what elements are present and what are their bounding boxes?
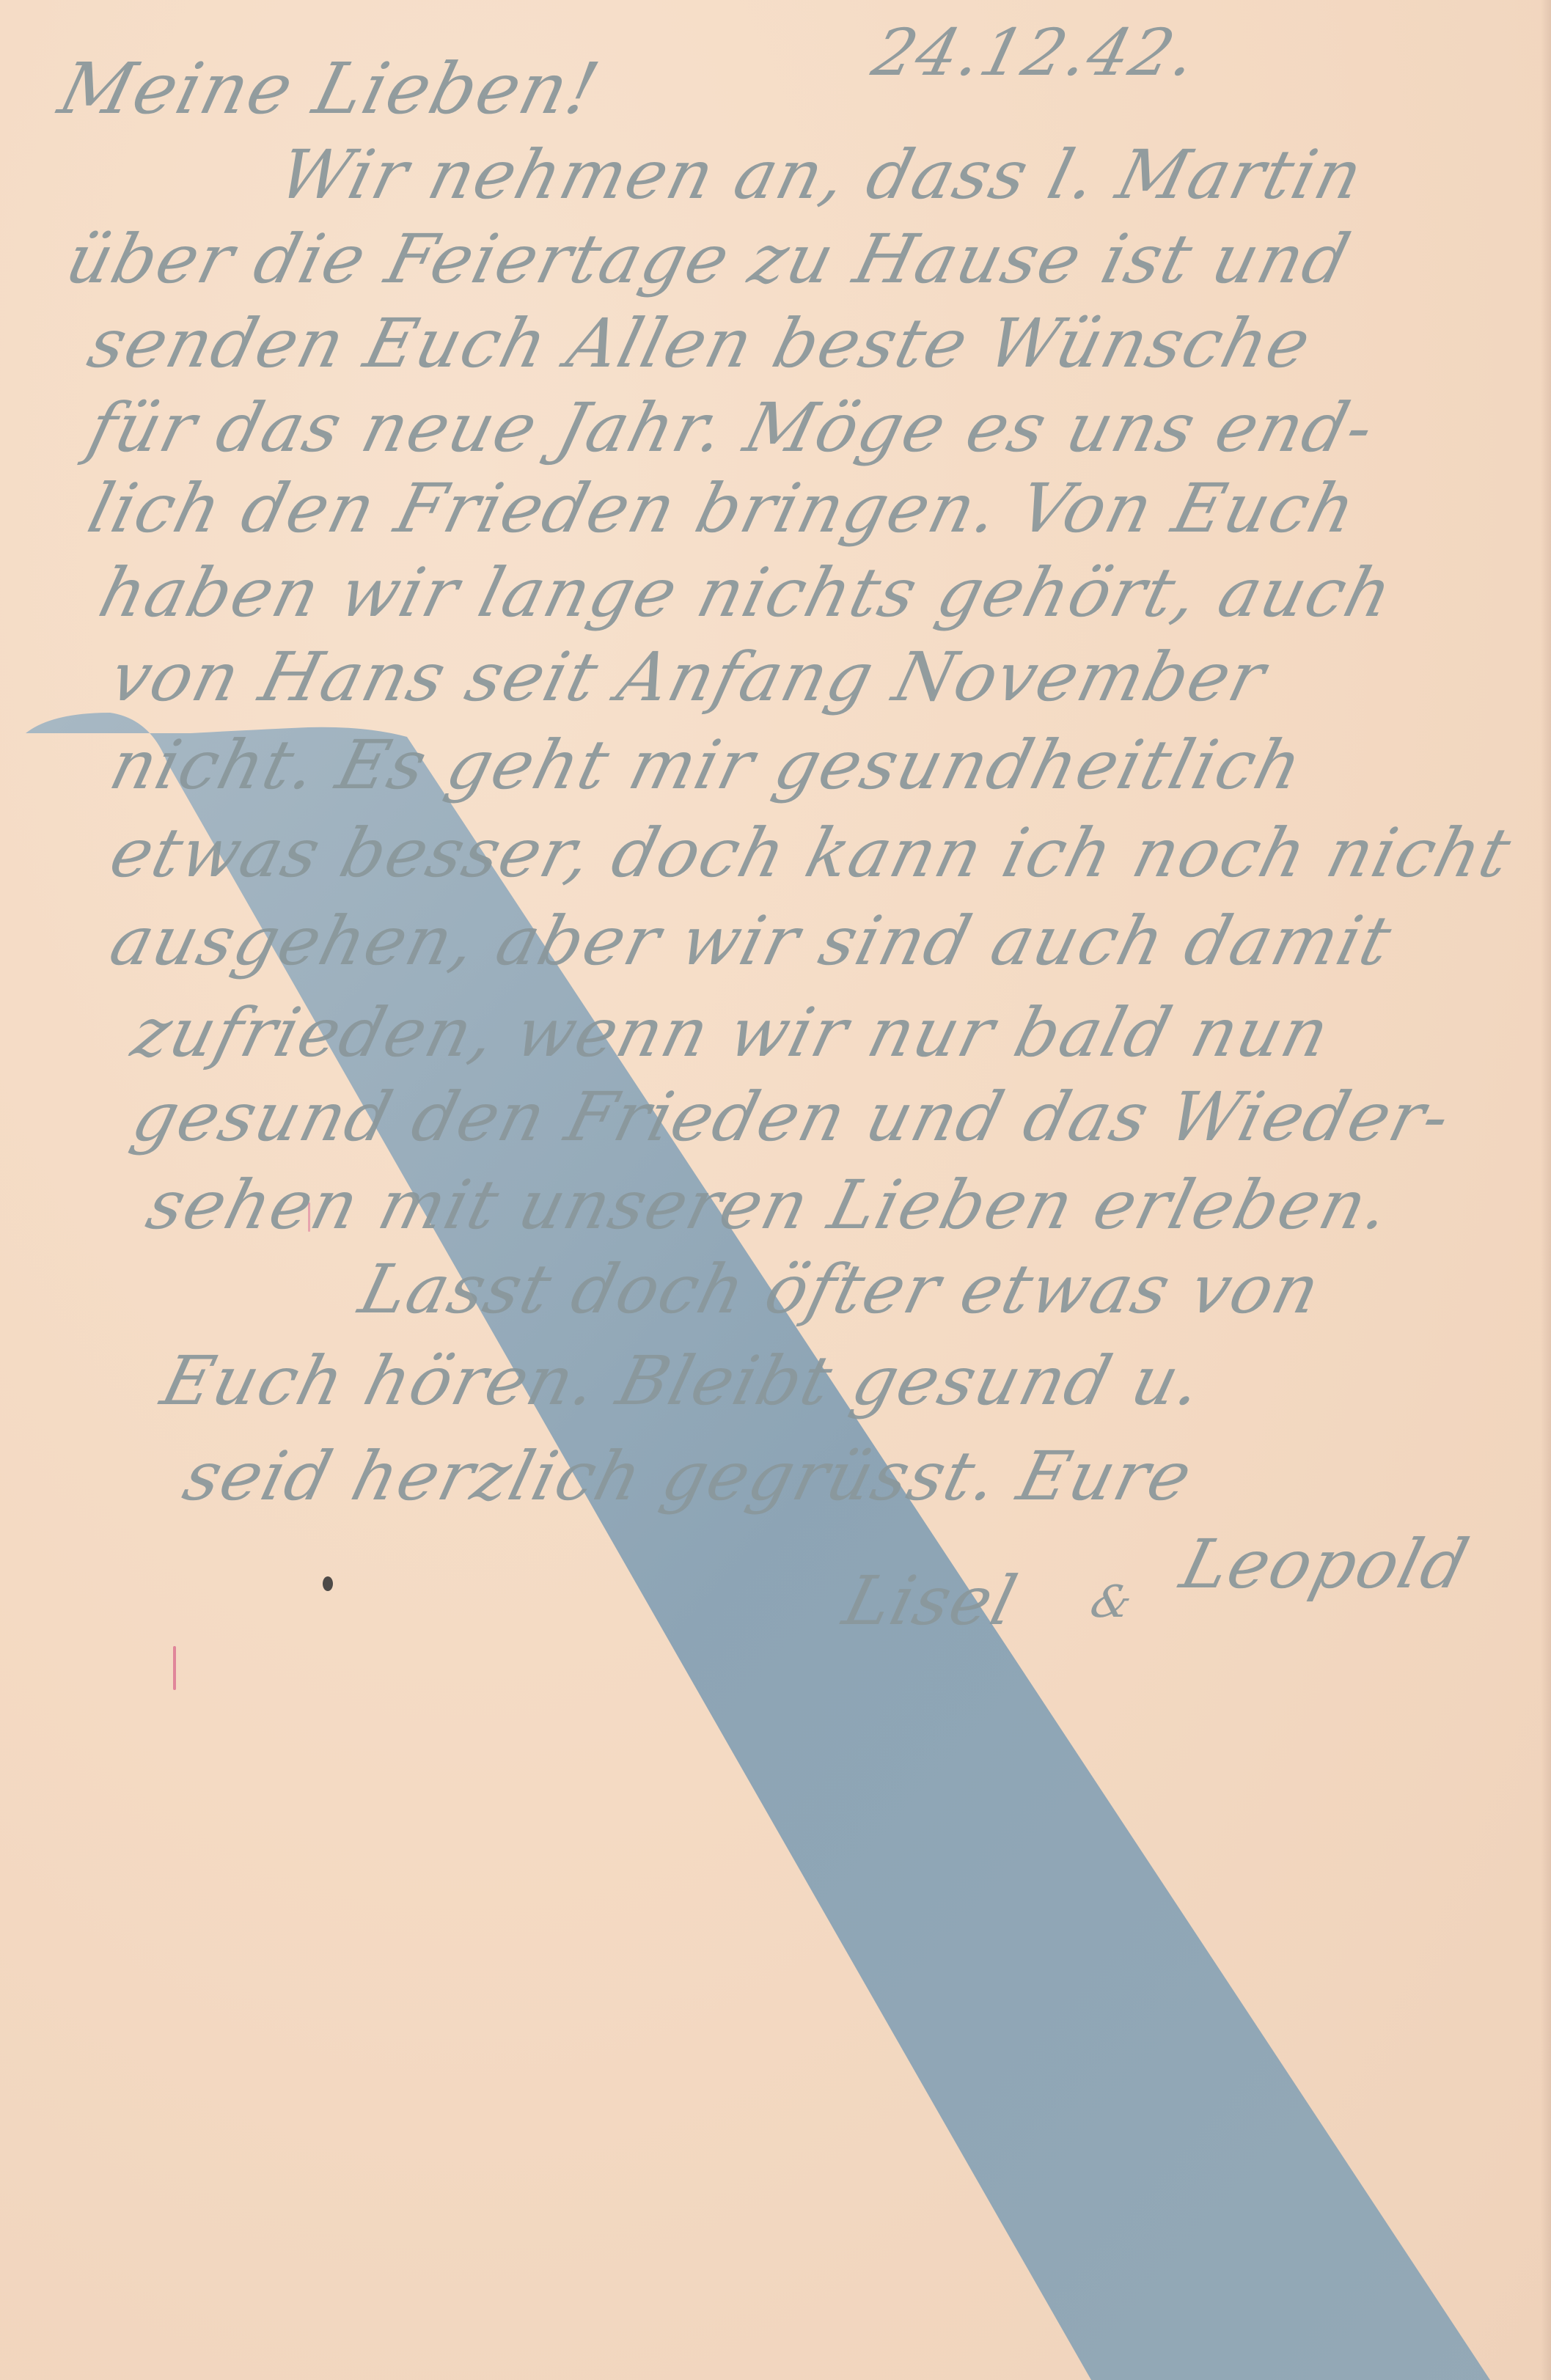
body-line-2: über die Feiertage zu Hause ist und	[59, 220, 1358, 298]
body-line-16: seid herzlich gegrüsst. Eure	[176, 1437, 1200, 1516]
body-line-9: etwas besser, doch kann ich noch nicht	[103, 814, 1519, 892]
body-line-1: Wir nehmen an, dass l. Martin	[271, 136, 1371, 214]
body-line-15: Euch hören. Bleibt gesund u.	[154, 1342, 1211, 1420]
body-line-14: Lasst doch öfter etwas von	[352, 1250, 1329, 1329]
salutation: Meine Lieben!	[51, 48, 608, 130]
body-line-12: gesund den Frieden und das Wieder-	[125, 1078, 1459, 1156]
red-fiber-mark	[173, 1646, 176, 1690]
card-edge	[1541, 0, 1551, 2380]
letter-date: 24.12.42.	[865, 15, 1206, 90]
signature-name-1: Lisel	[836, 1562, 1025, 1640]
body-line-10: ausgehen, aber wir sind auch damit	[103, 902, 1400, 980]
ink-dot	[323, 1576, 333, 1591]
body-line-11: zufrieden, wenn wir nur bald nun	[125, 993, 1338, 1072]
body-line-13: sehen mit unseren Lieben erleben.	[139, 1166, 1398, 1244]
body-line-6: haben wir lange nichts gehört, auch	[92, 554, 1401, 632]
body-line-7: von Hans seit Anfang November	[103, 638, 1274, 716]
postcard: 24.12.42. Meine Lieben! Wir nehmen an, d…	[0, 0, 1551, 2380]
body-line-3: senden Euch Allen beste Wünsche	[81, 304, 1319, 383]
body-line-8: nicht. Es geht mir gesundheitlich	[103, 726, 1311, 804]
body-line-5: lich den Frieden bringen. Von Euch	[81, 469, 1365, 548]
signature-connector: &	[1085, 1576, 1139, 1628]
signature-name-2: Leopold	[1173, 1525, 1477, 1604]
body-line-4: für das neue Jahr. Möge es uns end-	[81, 389, 1382, 467]
